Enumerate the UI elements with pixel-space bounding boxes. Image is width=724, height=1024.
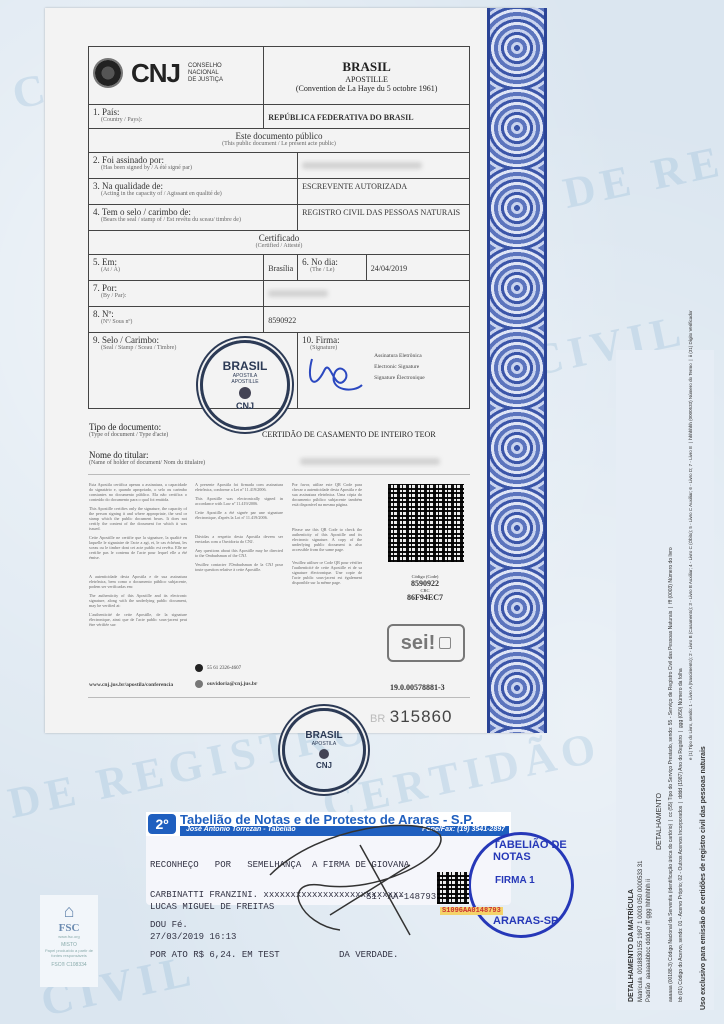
handwritten-signature-icon (304, 351, 366, 395)
divider (88, 697, 470, 698)
holder-label: Nome do titular:(Name of holder of docum… (89, 450, 205, 466)
field-6-value: 24/04/2019 (371, 264, 407, 273)
stamp-code: S1096AA0148793 (440, 907, 503, 915)
brazil-coat-of-arms-icon (93, 58, 123, 88)
header-title: APOSTILLE (268, 75, 465, 84)
field-1-label: 1. País:(Country / Pays): (89, 105, 264, 129)
signer-name-redacted (302, 162, 422, 169)
process-number: 19.0.00578881-3 (390, 683, 445, 692)
field-3-label: 3. Na qualidade de:(Acting in the capaci… (89, 179, 298, 205)
matricula-title: DETALHAMENTO DA MATRÍCULA (628, 352, 635, 1002)
cnj-logo: CNJ (131, 58, 180, 89)
emblem-icon (239, 387, 251, 399)
verification-qr-code[interactable] (388, 484, 464, 562)
stamp-qr-code[interactable] (437, 872, 469, 904)
matricula-row: Matrícula 0018830155 1987 1 0003 050 000… (638, 861, 644, 1002)
apostille-seal: BRASIL APOSTILA APOSTILLE CNJ (200, 340, 290, 430)
notary-clerk: LUCAS MIGUEL DE FREITAS 27/03/2019 16:13 (150, 882, 274, 962)
fine-print-col1: Esta Apostila certifica apenas a assinat… (89, 482, 187, 627)
field-5-label: 5. Em:(At / À) (89, 255, 264, 281)
holder-name-redacted (300, 458, 440, 465)
field-8-value: 8590922 (268, 316, 296, 325)
fine-print-col2: A presente Apostila foi firmada com assi… (195, 482, 283, 572)
field-10: 10. Firma:(Signature) Assinatura Eletrôn… (298, 333, 470, 409)
doc-type-label: Tipo de documento:(Type of document / Ty… (89, 422, 168, 438)
padrao-row: Padrão aaaaaabbcc dddd e fff ggg hhhhhhh… (646, 879, 652, 1002)
verification-url[interactable]: www.cnj.jus.br/apostila/conferencia (89, 682, 173, 688)
security-band (487, 8, 547, 733)
header-convention: (Convention de La Haye du 5 octobre 1961… (268, 84, 465, 93)
cnj-header-logo: CNJ CONSELHO NACIONAL DE JUSTIÇA (93, 49, 259, 97)
notary-badge: 2º (148, 814, 176, 834)
field-5-value: Brasília (268, 264, 293, 273)
detail-title: DETALHAMENTO (656, 793, 663, 850)
certified-label: Certificado (93, 233, 465, 243)
sig-line-pt: Assinatura Eletrônica (374, 351, 425, 362)
phone-contact: 55 61 2326-4607 (195, 664, 241, 672)
notary-signature-icon (260, 805, 460, 940)
detail-rows-3: e (1) Tipo do Livro, sendo: 1 - Livro A … (688, 310, 694, 760)
field-2-label: 2. Foi assinado por:(Has been signed by … (89, 153, 298, 179)
fsc-label: ⌂ FSC www.fsc.org MISTO Papel produzido … (40, 895, 98, 987)
fine-print-col3: Por favor, utilize este QR Code para che… (292, 482, 362, 585)
exclusive-use-note: Uso exclusivo para emissão de certidões … (700, 746, 707, 1010)
field-6-label: 6. No dia:(The / Le) (298, 255, 367, 281)
phone-icon (195, 664, 203, 672)
field-3-value: ESCREVENTE AUTORIZADA (302, 182, 407, 191)
ombudsman-email[interactable]: ouvidoria@cnj.jus.br (195, 680, 257, 688)
fsc-tree-icon: ⌂ (40, 901, 98, 922)
email-icon (195, 680, 203, 688)
header-country: BRASIL (268, 59, 465, 75)
detail-rows-1: aaaaaa (00188-3) Código Nacional da Serv… (668, 547, 675, 1002)
emblem-icon (319, 749, 329, 759)
notary-stamp: TABELIÃO DE NOTAS FIRMA 1 ARARAS-SP (468, 832, 574, 938)
serial-number: BR 315860 (370, 707, 452, 727)
sei-logo: sei! (387, 624, 465, 662)
apostille-seal-lower: BRASIL APOSTILA CNJ (282, 708, 366, 792)
sig-line-fr: Signature Électronique (374, 373, 425, 384)
sig-line-en: Electronic Signature (374, 362, 425, 373)
public-document-label: Este documento público (93, 131, 465, 141)
field-4-value: REGISTRO CIVIL DAS PESSOAS NATURAIS (302, 208, 460, 217)
lock-icon (439, 637, 451, 649)
detail-rows-2: bb (01) Código do Acervo, sendo: 01 - Ac… (678, 668, 685, 1002)
field-1-value: REPÚBLICA FEDERATIVA DO BRASIL (268, 113, 413, 122)
cnj-name: CONSELHO NACIONAL DE JUSTIÇA (188, 63, 223, 84)
field-7-label: 7. Por:(By / Par): (89, 281, 264, 307)
field-4-label: 4. Tem o selo / carimbo de:(Bears the se… (89, 205, 298, 231)
authority-name-redacted (268, 290, 328, 297)
field-8-label: 8. Nº:(Nº/ Sous nº) (89, 307, 264, 333)
doc-type-value: CERTIDÃO DE CASAMENTO DE INTEIRO TEOR (262, 430, 436, 439)
divider (88, 474, 470, 475)
verification-codes: Código (Code) 8590922 CRC 86F94EC7 (380, 574, 470, 602)
